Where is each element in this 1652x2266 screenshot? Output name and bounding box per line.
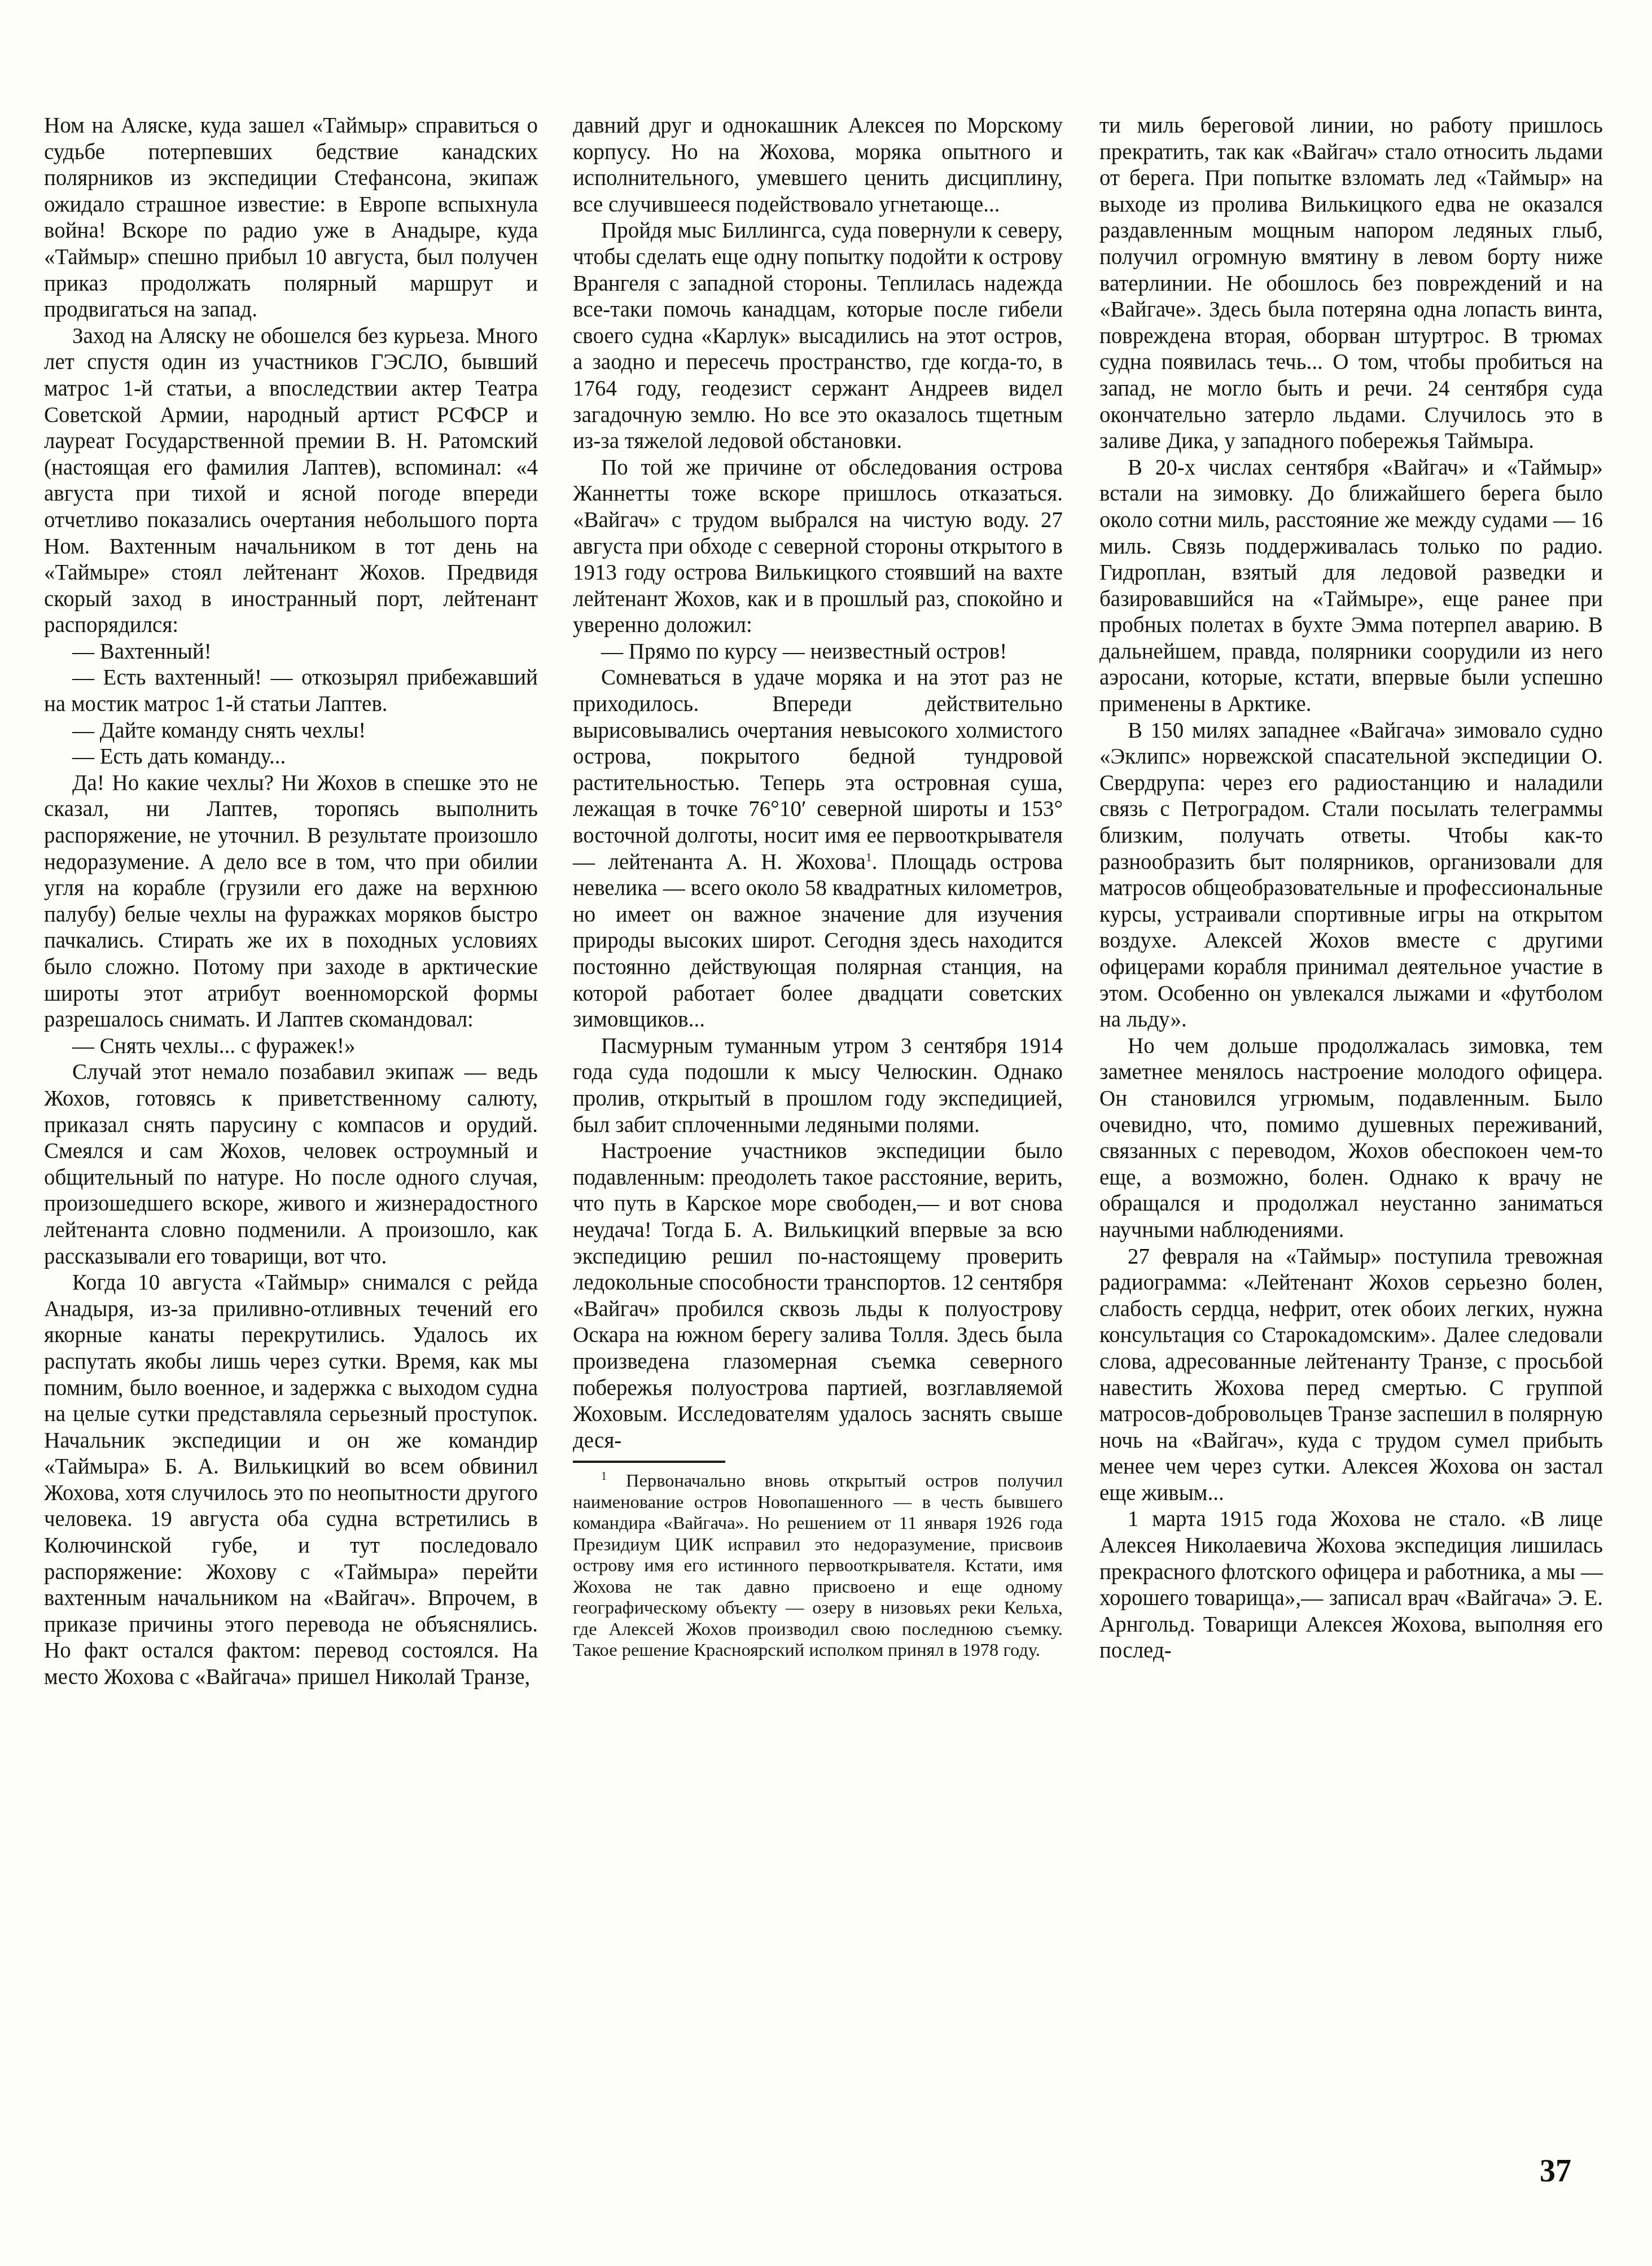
paragraph: Когда 10 августа «Таймыр» снимался с рей…: [44, 1270, 538, 1691]
page-number: 37: [1540, 2153, 1571, 2189]
paragraph: Ном на Аляске, куда зашел «Таймыр» справ…: [44, 113, 538, 323]
dialog-line: — Есть дать команду...: [44, 744, 538, 770]
paragraph: давний друг и однокашник Алексея по Морс…: [573, 113, 1063, 218]
paragraph: Пройдя мыс Биллингса, суда повернули к с…: [573, 218, 1063, 454]
paragraph-text-continued: . Площадь острова невелика — всего около…: [573, 850, 1063, 1032]
dialog-line: — Есть вахтенный! — откозырял прибежавши…: [44, 665, 538, 717]
footnote-divider: [573, 1461, 725, 1463]
dialog-line: — Вахтенный!: [44, 639, 538, 665]
text-column-1: Ном на Аляске, куда зашел «Таймыр» справ…: [44, 113, 538, 1691]
text-column-3: ти миль береговой линии, но работу пришл…: [1099, 113, 1603, 1664]
paragraph: Да! Но какие чехлы? Ни Жохов в спешке эт…: [44, 770, 538, 1033]
footnote-text: Первоначально вновь открытый остров полу…: [573, 1471, 1063, 1660]
text-column-2: давний друг и однокашник Алексея по Морс…: [573, 113, 1063, 1662]
paragraph: 1 марта 1915 года Жохова не стало. «В ли…: [1099, 1506, 1603, 1664]
paragraph: Случай этот немало позабавил экипаж — ве…: [44, 1059, 538, 1270]
dialog-line: — Снять чехлы... с фуражек!»: [44, 1033, 538, 1060]
paragraph: В 150 милях западнее «Вайгача» зимовало …: [1099, 718, 1603, 1033]
dialog-line: — Прямо по курсу — неизвестный остров!: [573, 639, 1063, 665]
paragraph: ти миль береговой линии, но работу пришл…: [1099, 113, 1603, 455]
paragraph: Заход на Аляску не обошелся без курьеза.…: [44, 323, 538, 639]
paragraph: По той же причине от обследования остров…: [573, 455, 1063, 639]
paragraph: 27 февраля на «Таймыр» поступила тревожн…: [1099, 1244, 1603, 1507]
paragraph-text: Сомневаться в удаче моряка и на этот раз…: [573, 665, 1063, 874]
paragraph: Пасмурным туманным утром 3 сентября 1914…: [573, 1033, 1063, 1138]
footnote: 1 Первоначально вновь открытый остров по…: [573, 1471, 1063, 1662]
dialog-line: — Дайте команду снять чехлы!: [44, 718, 538, 744]
book-page: Ном на Аляске, куда зашел «Таймыр» справ…: [0, 0, 1652, 2266]
paragraph: Но чем дольше продолжалась зимовка, тем …: [1099, 1033, 1603, 1244]
paragraph: Настроение участников экспедиции было по…: [573, 1138, 1063, 1454]
paragraph: В 20-х числах сентября «Вайгач» и «Таймы…: [1099, 455, 1603, 718]
footnote-reference[interactable]: 1: [866, 850, 872, 864]
footnote-mark: 1: [601, 1470, 607, 1483]
paragraph: Сомневаться в удаче моряка и на этот раз…: [573, 665, 1063, 1033]
